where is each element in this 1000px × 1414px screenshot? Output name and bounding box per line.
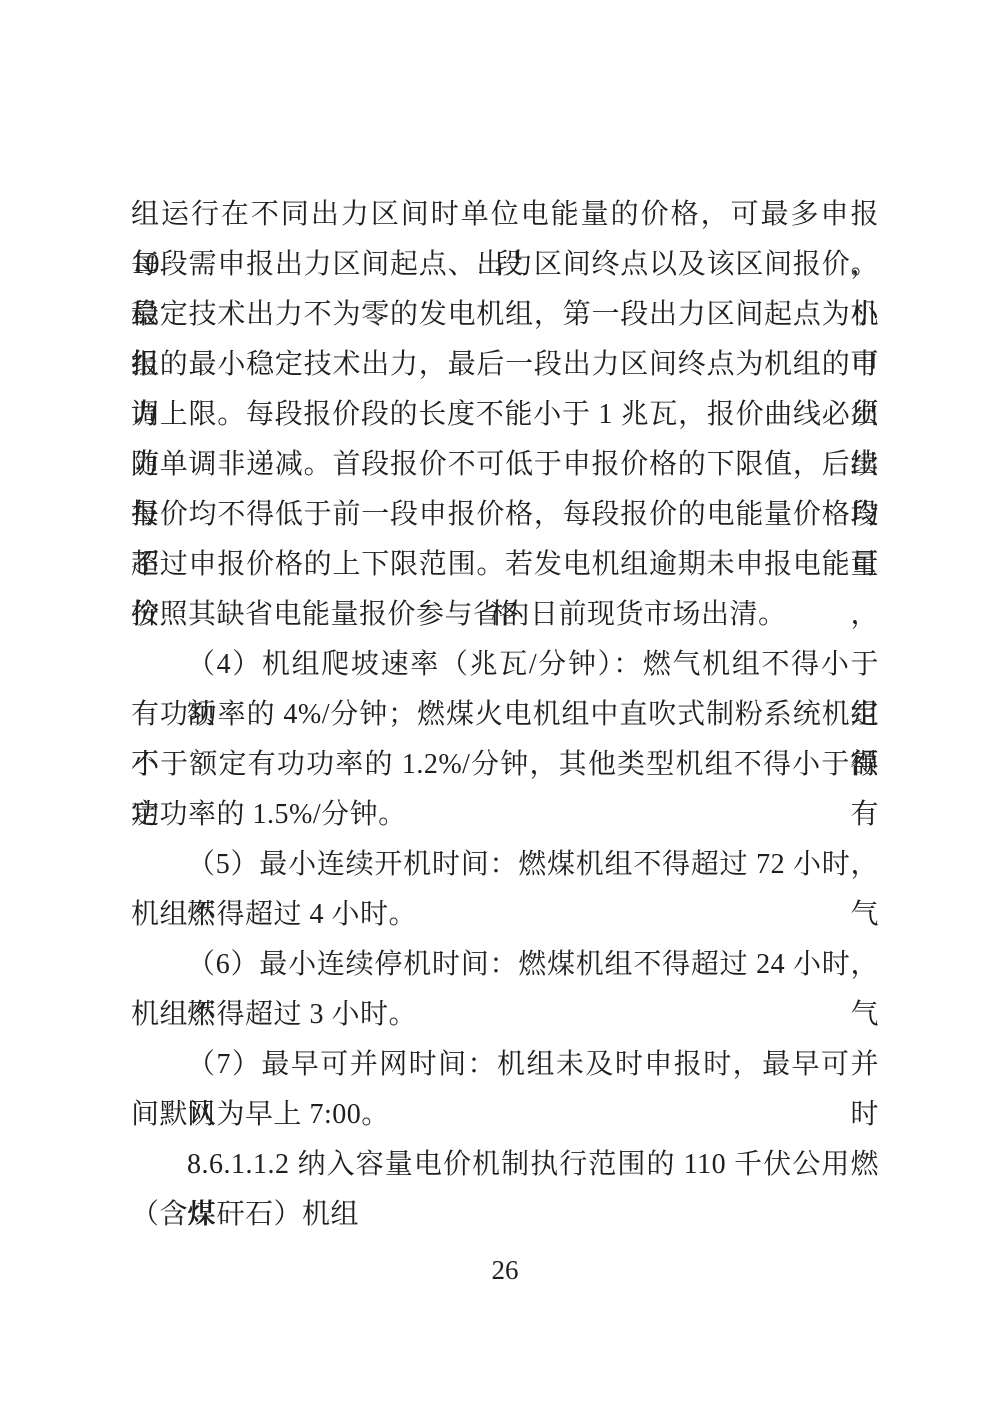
text-line: 每段需申报出力区间起点、出力区间终点以及该区间报价。最小 — [131, 240, 879, 290]
page-number: 26 — [131, 1250, 879, 1290]
document-page: 组运行在不同出力区间时单位电能量的价格，可最多申报 10 段，每段需申报出力区间… — [0, 0, 1000, 1414]
para-item-4: （4）机组爬坡速率（兆瓦/分钟）：燃气机组不得小于额定有功功率的 4%/分钟；燃… — [131, 640, 879, 840]
para-item-7: （7）最早可并网时间：机组未及时申报时，最早可并网时间默认为早上 7:00。 — [131, 1040, 879, 1140]
text-line: 报价均不得低于前一段申报价格，每段报价的电能量价格均不可 — [131, 490, 879, 540]
para-section-8-6-1-1-2: 8.6.1.1.2 纳入容量电价机制执行范围的 110 千伏公用燃煤（含煤矸石）… — [131, 1140, 879, 1240]
text-line: 8.6.1.1.2 纳入容量电价机制执行范围的 110 千伏公用燃煤 — [131, 1140, 879, 1190]
text-line: （5）最小连续开机时间：燃煤机组不得超过 72 小时，燃气 — [131, 840, 879, 890]
text-block: 组运行在不同出力区间时单位电能量的价格，可最多申报 10 段，每段需申报出力区间… — [131, 190, 879, 1240]
text-line: （4）机组爬坡速率（兆瓦/分钟）：燃气机组不得小于额定 — [131, 640, 879, 690]
text-line: 小于额定有功功率的 1.2%/分钟，其他类型机组不得小于额定有 — [131, 740, 879, 790]
text-line: 超过申报价格的上下限范围。若发电机组逾期未申报电能量价格， — [131, 540, 879, 590]
text-line: 稳定技术出力不为零的发电机组，第一段出力区间起点为机组申 — [131, 290, 879, 340]
text-line: 按照其缺省电能量报价参与省内日前现货市场出清。 — [131, 590, 879, 640]
para-continuation: 组运行在不同出力区间时单位电能量的价格，可最多申报 10 段，每段需申报出力区间… — [131, 190, 879, 640]
text-line: 力上限。每段报价段的长度不能小于 1 兆瓦，报价曲线必须随出 — [131, 390, 879, 440]
para-item-5: （5）最小连续开机时间：燃煤机组不得超过 72 小时，燃气机组不得超过 4 小时… — [131, 840, 879, 940]
text-line: 有功功率的 4%/分钟；燃煤火电机组中直吹式制粉系统机组不得 — [131, 690, 879, 740]
text-line: （含煤矸石）机组 — [131, 1190, 879, 1240]
text-line: （6）最小连续停机时间：燃煤机组不得超过 24 小时，燃气 — [131, 940, 879, 990]
para-item-6: （6）最小连续停机时间：燃煤机组不得超过 24 小时，燃气机组不得超过 3 小时… — [131, 940, 879, 1040]
text-line: 力单调非递减。首段报价不可低于申报价格的下限值，后续每段 — [131, 440, 879, 490]
text-line: （7）最早可并网时间：机组未及时申报时，最早可并网时 — [131, 1040, 879, 1090]
text-line: 报的最小稳定技术出力，最后一段出力区间终点为机组的可调出 — [131, 340, 879, 390]
text-line: 组运行在不同出力区间时单位电能量的价格，可最多申报 10 段， — [131, 190, 879, 240]
